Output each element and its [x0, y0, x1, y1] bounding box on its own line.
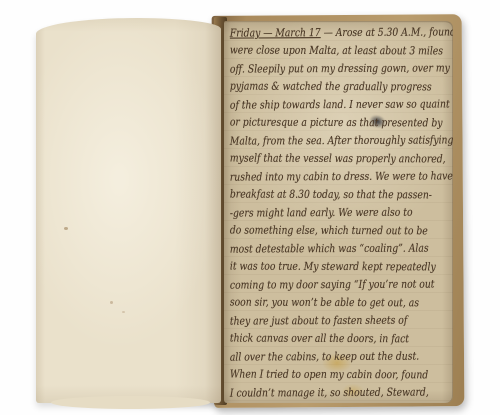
diary-photograph: Friday — March 17 — Arose at 5.30 A.M., … — [0, 0, 500, 415]
handwriting-line: pyjamas & watched the gradually progress — [230, 78, 453, 97]
handwriting-block: Friday — March 17 — Arose at 5.30 A.M., … — [224, 22, 453, 402]
handwriting-line: of the ship towards land. I never saw so… — [230, 95, 453, 114]
handwriting-line: When I tried to open my cabin door, foun… — [230, 366, 453, 385]
handwriting-line: myself that the vessel was properly anch… — [230, 150, 453, 169]
left-page-blank — [36, 18, 221, 403]
handwriting-line: were close upon Malta, at least about 3 … — [230, 42, 453, 61]
diary-date-heading: Friday — March 17 — [230, 26, 321, 39]
handwriting-line: breakfast at 8.30 today, so that the pas… — [230, 186, 453, 205]
handwriting-line: coming to my door saying “If you’re not … — [230, 275, 453, 294]
handwriting-line: or picturesque a picture as that present… — [230, 114, 453, 133]
handwriting-line: it was too true. My steward kept repeate… — [230, 258, 453, 277]
handwriting-line: thick canvas over all the doors, in fact — [230, 330, 453, 349]
handwriting-line: soon sir, you won’t be able to get out, … — [230, 294, 453, 313]
foxing-spot — [122, 311, 125, 313]
foxing-spot — [64, 227, 68, 230]
handwriting-line: I couldn’t manage it, so shouted, Stewar… — [230, 383, 453, 402]
foxing-spot — [110, 301, 113, 304]
handwriting-line: off. Sleepily put on my dressing gown, o… — [230, 59, 453, 78]
handwriting-line: rushed into my cabin to dress. We were t… — [230, 167, 453, 186]
handwriting-line: do something else, which turned out to b… — [230, 222, 453, 241]
right-page-manuscript: Friday — March 17 — Arose at 5.30 A.M., … — [224, 21, 453, 403]
handwriting-line: they are just about to fasten sheets of — [230, 311, 453, 330]
handwriting-line: Malta, from the sea. After thoroughly sa… — [230, 131, 453, 150]
handwriting-line: -gers might land early. We were also to — [230, 203, 453, 222]
handwriting-line: all over the cabins, to keep out the dus… — [230, 347, 453, 366]
diary-heading-rest: — Arose at 5.30 A.M., found we — [321, 25, 453, 39]
handwriting-line: most detestable which was “coaling”. Ala… — [230, 239, 453, 258]
diary-heading-line: Friday — March 17 — Arose at 5.30 A.M., … — [230, 23, 453, 42]
